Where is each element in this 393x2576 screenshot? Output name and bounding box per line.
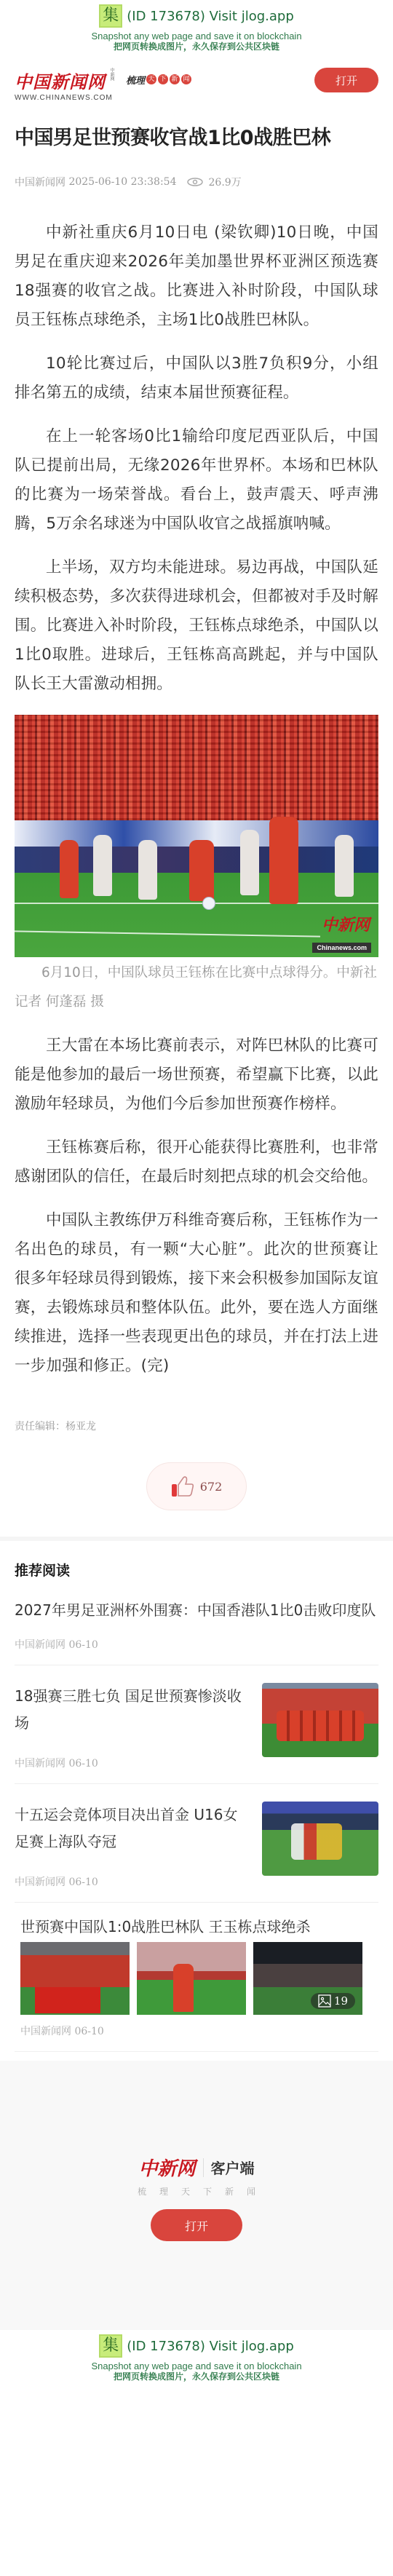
article-paragraph: 王大雷在本场比赛前表示，对阵巴林队的比赛可能是他参加的最后一场世预赛，希望赢下比… xyxy=(15,1031,378,1119)
article-datetime: 2025-06-10 23:38:54 xyxy=(68,176,176,188)
header-slogan: 梳理 天 下 新 闻 xyxy=(126,73,191,87)
photo-player xyxy=(335,835,354,897)
article-body-continued: 王大雷在本场比赛前表示，对阵巴林队的比赛可能是他参加的最后一场世预赛，希望赢下比… xyxy=(15,1031,378,1381)
recommend-item-thumbnail[interactable] xyxy=(262,1683,378,1757)
gallery-source: 中国新闻网 06-10 xyxy=(20,2024,373,2038)
slogan-seal: 新 xyxy=(170,74,180,84)
logo-en: WWW.CHINANEWS.COM xyxy=(15,94,114,102)
gallery-image[interactable]: 19 xyxy=(253,1942,362,2015)
logo-cn: 中国新闻网 xyxy=(15,68,106,93)
slogan-ink: 梳理 xyxy=(126,73,145,87)
like-button[interactable]: 672 xyxy=(146,1462,247,1510)
footer-client-label: 客户端 xyxy=(211,2157,255,2178)
photo-watermark-en: Chinanews.com xyxy=(312,943,371,953)
article-meta: 中国新闻网 2025-06-10 23:38:54 26.9万 xyxy=(15,175,378,189)
article-paragraph: 王钰栋赛后称，很开心能获得比赛胜利，也非常感谢团队的信任，在最后时刻把点球的机会… xyxy=(15,1133,378,1192)
gallery-title[interactable]: 世预赛中国队1:0战胜巴林队 王玉栋点球绝杀 xyxy=(20,1916,373,1938)
article-source: 中国新闻网 xyxy=(15,175,65,189)
recommend-item-source: 中国新闻网 06-10 xyxy=(15,1637,378,1652)
slogan-seal: 天 xyxy=(146,74,156,84)
image-icon xyxy=(318,1994,331,2008)
article-title: 中国男足世预赛收官战1比0战胜巴林 xyxy=(15,125,378,151)
recommend-heading: 推荐阅读 xyxy=(15,1560,378,1580)
photo-player xyxy=(93,835,112,896)
photo-crowd-shade xyxy=(15,715,378,820)
open-app-footer-button[interactable]: 打开 xyxy=(151,2209,242,2241)
photo-watermark-cn: 中新网 xyxy=(322,913,370,935)
photo-count: 19 xyxy=(334,1994,348,2008)
article-views: 26.9万 xyxy=(209,175,242,189)
jlog-subtitle-cn: 把网页转换成图片，永久保存到公共区块链 xyxy=(0,2371,393,2382)
chinanews-logo[interactable]: 中国新闻网 中新网 WWW.CHINANEWS.COM xyxy=(15,68,114,102)
recommend-item-title[interactable]: 2027年男足亚洲杯外围赛：中国香港队1比0击败印度队 xyxy=(15,1597,378,1624)
footer-brand-logo: 中新网 xyxy=(138,2154,195,2181)
brand-separator xyxy=(203,2158,204,2177)
recommend-item-thumbnail[interactable] xyxy=(262,1802,378,1876)
jlog-banner-bottom: 集 (ID 173678) Visit jlog.app Snapshot an… xyxy=(0,2330,393,2390)
article-paragraph: 中新社重庆6月10日电 (梁钦卿)10日晚，中国男足在重庆迎来2026年美加墨世… xyxy=(15,218,378,335)
recommend-item-title[interactable]: 18强赛三胜七负 国足世预赛惨淡收场 xyxy=(15,1683,250,1737)
open-app-button[interactable]: 打开 xyxy=(314,68,378,92)
section-divider xyxy=(0,1537,393,1541)
jlog-title[interactable]: (ID 173678) Visit jlog.app xyxy=(127,2339,294,2354)
jlog-subtitle-en: Snapshot any web page and save it on blo… xyxy=(0,31,393,41)
jlog-title[interactable]: (ID 173678) Visit jlog.app xyxy=(127,9,294,24)
like-count: 672 xyxy=(200,1480,223,1494)
article: 中国男足世预赛收官战1比0战胜巴林 中国新闻网 2025-06-10 23:38… xyxy=(0,125,393,1510)
article-body: 中新社重庆6月10日电 (梁钦卿)10日晚，中国男足在重庆迎来2026年美加墨世… xyxy=(15,218,378,699)
photo-player xyxy=(60,840,79,898)
logo-small: 中新网 xyxy=(108,68,114,81)
recommend-item[interactable]: 2027年男足亚洲杯外围赛：中国香港队1比0击败印度队 中国新闻网 06-10 xyxy=(15,1580,378,1665)
jlog-icon: 集 xyxy=(99,4,122,28)
gallery-image[interactable] xyxy=(137,1942,246,2015)
photo-pitch-line xyxy=(15,903,378,904)
recommend-item[interactable]: 十五运会竞体项目决出首金 U16女足赛上海队夺冠 中国新闻网 06-10 xyxy=(15,1784,378,1903)
recommend-section: 推荐阅读 2027年男足亚洲杯外围赛：中国香港队1比0击败印度队 中国新闻网 0… xyxy=(0,1560,393,2052)
photo-caption: 6月10日，中国队球员王钰栋在比赛中点球得分。中新社记者 何蓬磊 摄 xyxy=(15,959,378,1017)
slogan-seal: 下 xyxy=(158,74,168,84)
app-download-footer: 中新网 客户端 梳理天下新闻 打开 xyxy=(0,2061,393,2330)
footer-tagline: 梳理天下新闻 xyxy=(124,2185,269,2197)
recommend-item[interactable]: 18强赛三胜七负 国足世预赛惨淡收场 中国新闻网 06-10 xyxy=(15,1665,378,1784)
slogan-seal: 闻 xyxy=(181,74,191,84)
photo-player xyxy=(189,840,214,901)
photo-player xyxy=(240,830,259,895)
jlog-subtitle-cn: 把网页转换成图片，永久保存到公共区块链 xyxy=(0,41,393,52)
gallery-image[interactable] xyxy=(20,1942,130,2015)
site-header: 中国新闻网 中新网 WWW.CHINANEWS.COM 梳理 天 下 新 闻 打… xyxy=(0,60,393,109)
eye-icon xyxy=(187,178,203,186)
photo-ball xyxy=(202,897,215,910)
recommend-item-title[interactable]: 十五运会竞体项目决出首金 U16女足赛上海队夺冠 xyxy=(15,1802,250,1855)
article-photo[interactable]: 中新网 Chinanews.com xyxy=(15,715,378,957)
article-paragraph: 10轮比赛过后，中国队以3胜7负积9分，小组排名第五的成绩，结束本届世预赛征程。 xyxy=(15,349,378,408)
photo-count-badge: 19 xyxy=(311,1993,355,2009)
recommend-gallery-item[interactable]: 世预赛中国队1:0战胜巴林队 王玉栋点球绝杀 19 中国新闻网 06-10 xyxy=(15,1903,378,2052)
photo-player-kicker xyxy=(269,817,298,904)
jlog-icon: 集 xyxy=(99,2334,122,2358)
article-paragraph: 在上一轮客场0比1输给印度尼西亚队后，中国队已提前出局，无缘2026年世界杯。本… xyxy=(15,422,378,539)
jlog-banner-top: 集 (ID 173678) Visit jlog.app Snapshot an… xyxy=(0,0,393,60)
article-paragraph: 上半场，双方均未能进球。易边再战，中国队延续积极态势，多次获得进球机会，但都被对… xyxy=(15,553,378,699)
recommend-item-source: 中国新闻网 06-10 xyxy=(15,1874,250,1889)
jlog-subtitle-en: Snapshot any web page and save it on blo… xyxy=(0,2361,393,2371)
article-paragraph: 中国队主教练伊万科维奇赛后称，王钰栋作为一名出色的球员，有一颗“大心脏”。此次的… xyxy=(15,1206,378,1381)
recommend-item-source: 中国新闻网 06-10 xyxy=(15,1756,250,1770)
article-editor: 责任编辑：杨亚龙 xyxy=(15,1419,378,1433)
thumbs-up-icon xyxy=(171,1475,194,1497)
photo-player xyxy=(138,840,157,900)
